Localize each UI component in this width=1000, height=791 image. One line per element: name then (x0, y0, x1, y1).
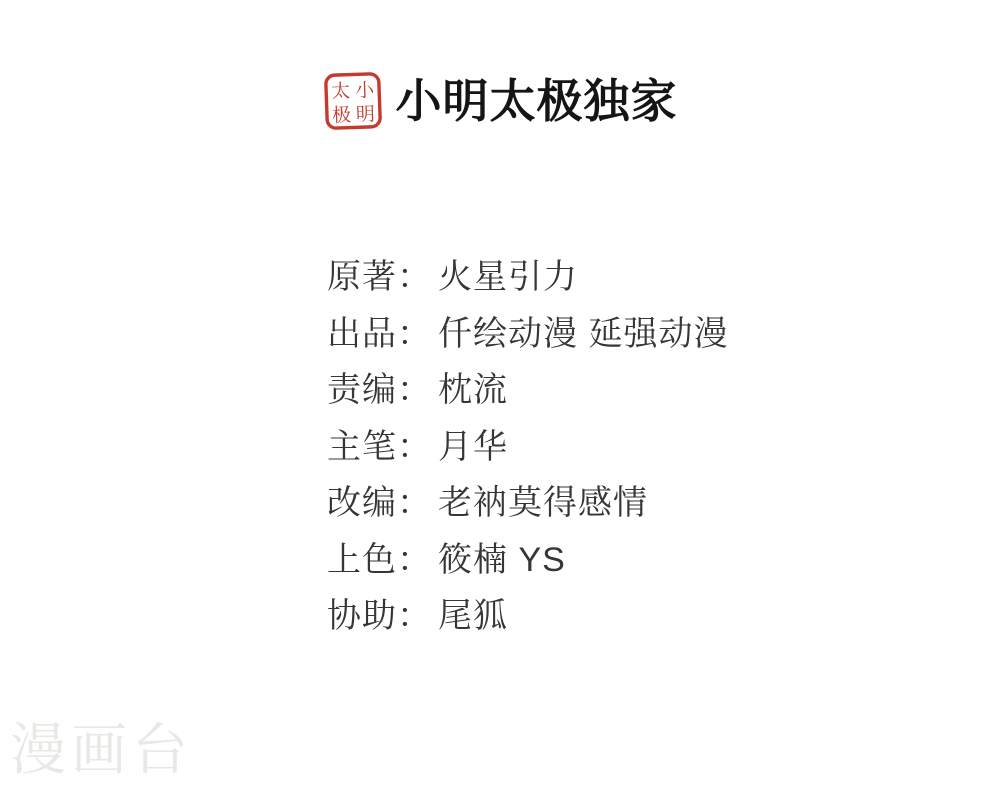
credit-row-adaptation: 改编：老衲莫得感情 (327, 475, 728, 532)
credit-row-producer: 出品：仟绘动漫 延强动漫 (327, 306, 728, 363)
credit-value: 筱楠 YS (438, 541, 566, 579)
credit-row-lead-artist: 主笔：月华 (327, 419, 728, 476)
credit-label: 责编： (327, 371, 432, 409)
credit-label: 协助： (327, 597, 432, 635)
credits-page: 小 明 太 极 小明太极独家 原著：火星引力 出品：仟绘动漫 延强动漫 责编：枕… (0, 0, 1000, 791)
credit-value: 月华 (438, 428, 508, 466)
credit-label: 上色： (327, 541, 432, 579)
seal-char-top-right: 小 (354, 79, 375, 102)
credit-row-original-author: 原著：火星引力 (327, 249, 728, 306)
credit-value: 枕流 (438, 371, 508, 409)
credit-row-coloring: 上色：筱楠 YS (327, 532, 728, 589)
header: 小 明 太 极 小明太极独家 (0, 68, 1000, 134)
seal-char-bottom-left: 极 (331, 103, 351, 127)
seal-char-bottom-right: 明 (355, 103, 375, 126)
credit-value: 火星引力 (438, 258, 578, 296)
credit-row-editor: 责编：枕流 (327, 362, 728, 419)
credits-list: 原著：火星引力 出品：仟绘动漫 延强动漫 责编：枕流 主笔：月华 改编：老衲莫得… (327, 249, 728, 645)
credit-label: 原著： (327, 258, 432, 296)
seal-char-top-left: 太 (330, 80, 350, 103)
credit-value: 仟绘动漫 延强动漫 (438, 315, 728, 353)
credit-label: 主笔： (327, 428, 432, 466)
credit-label: 出品： (327, 315, 432, 353)
credit-value: 尾狐 (438, 597, 508, 635)
page-title: 小明太极独家 (396, 78, 678, 124)
taiji-seal-stamp-icon: 小 明 太 极 (323, 71, 383, 131)
credit-value: 老衲莫得感情 (438, 484, 648, 522)
manhuatai-watermark: 漫画台 (10, 718, 193, 782)
credit-row-assistant: 协助：尾狐 (327, 588, 728, 645)
credit-label: 改编： (327, 484, 432, 522)
